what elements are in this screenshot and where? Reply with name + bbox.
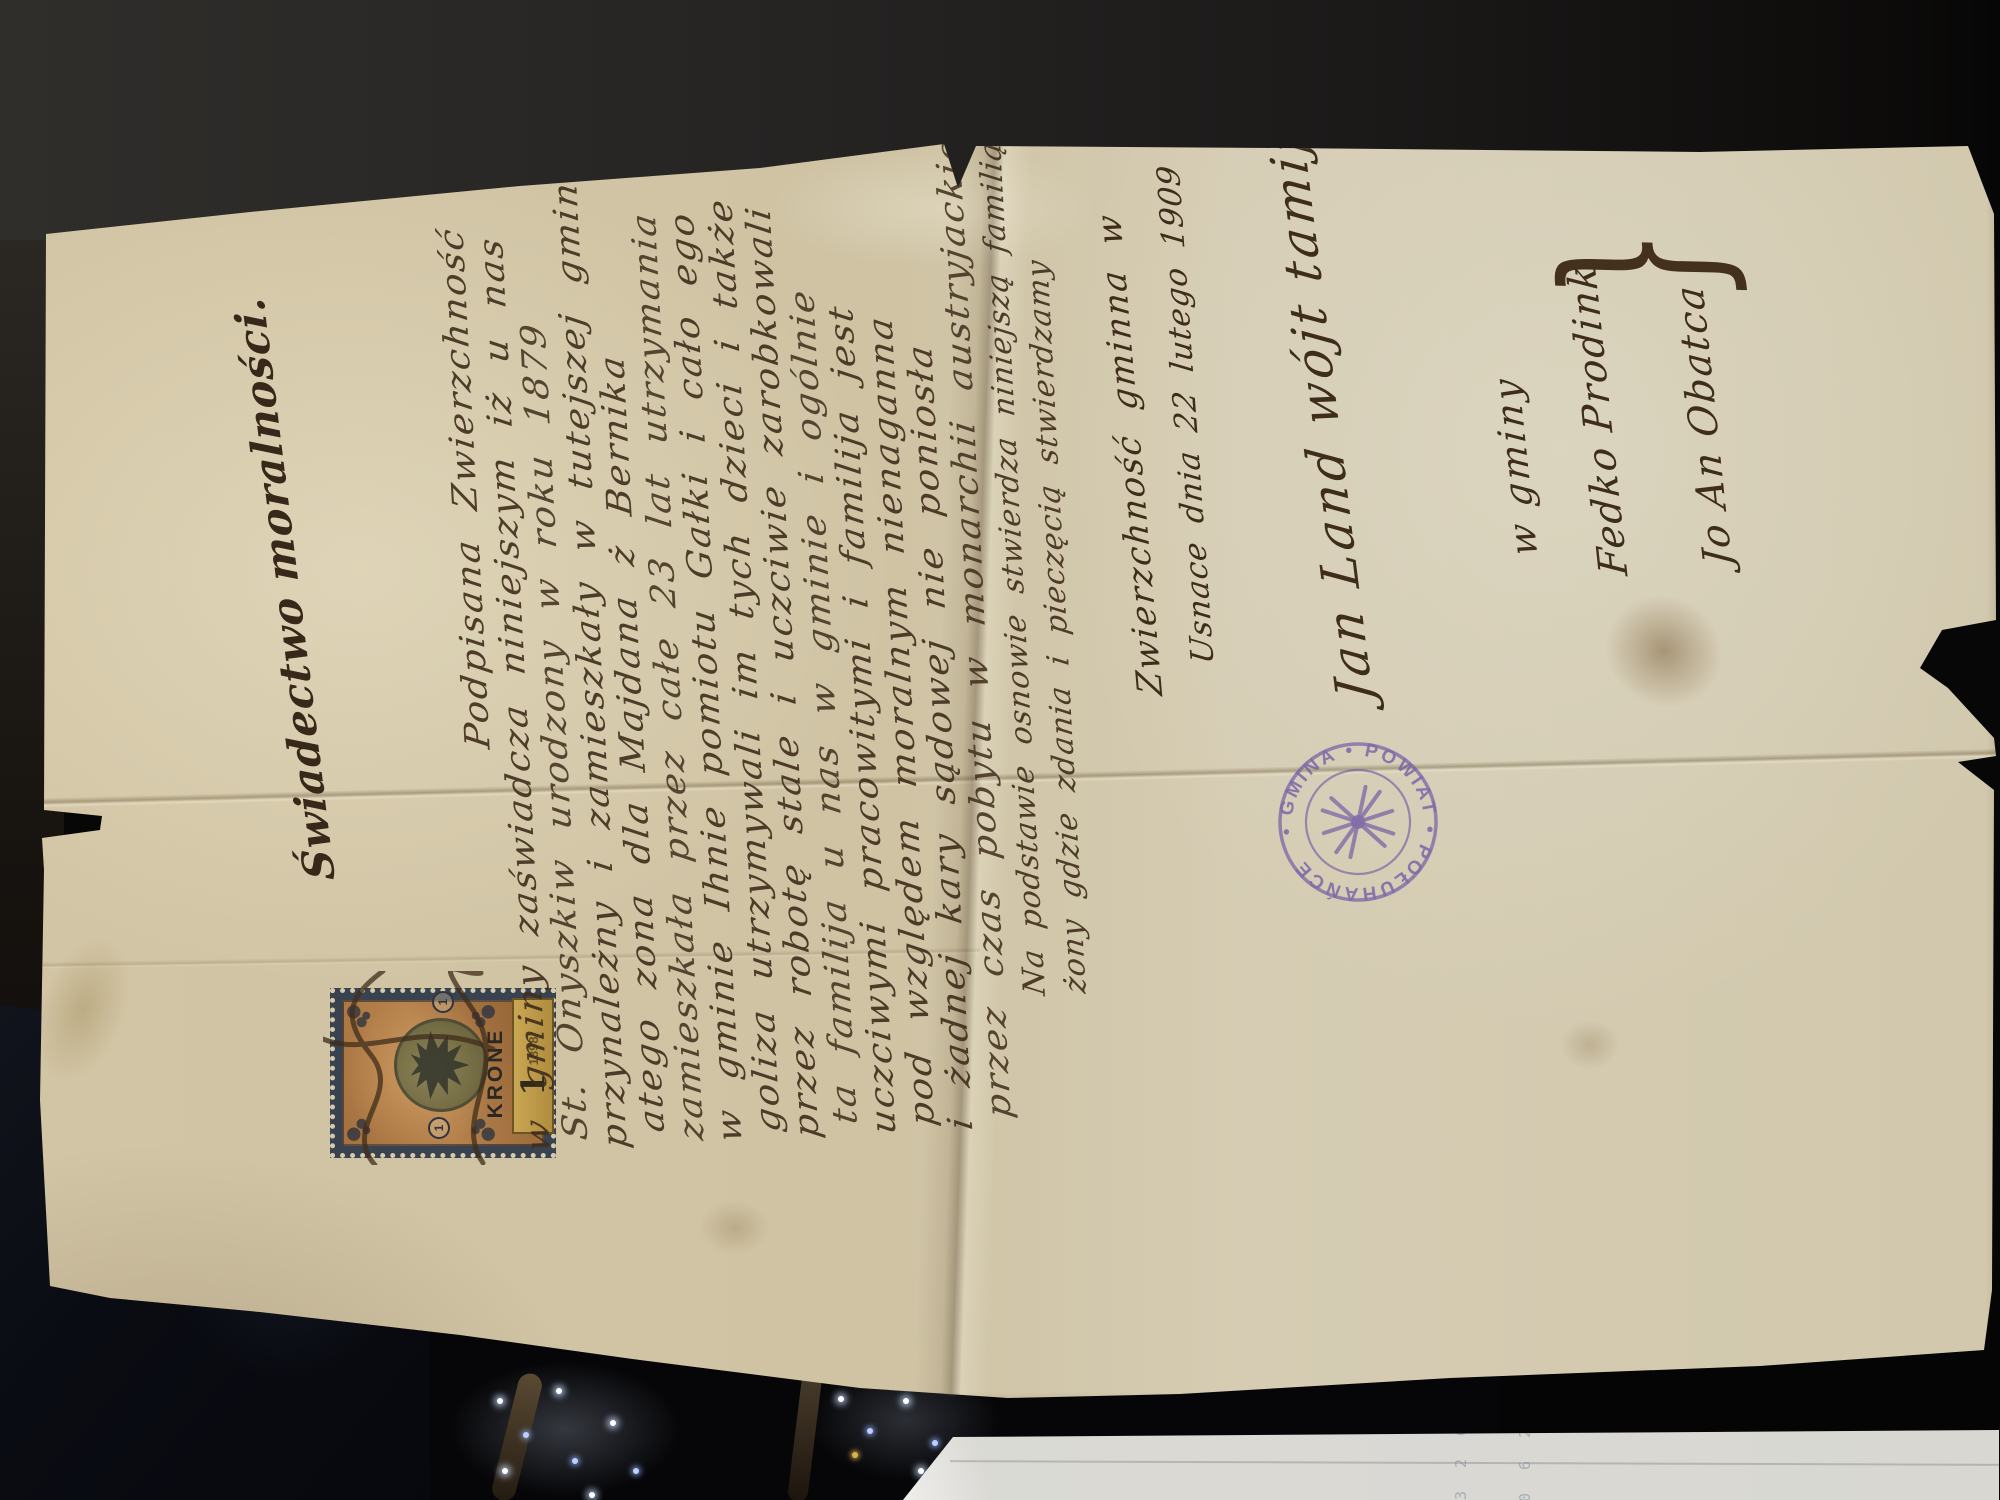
sparkle [589, 1492, 595, 1498]
sparkle [556, 1388, 562, 1394]
sparkle [633, 1468, 639, 1474]
sparkle [523, 1432, 529, 1438]
document-content: Świadectwo moralności. 1 1 KRONE 1 1898 [44, 144, 1994, 1396]
ink-smear [1585, 573, 1744, 728]
sparkle [502, 1468, 508, 1474]
receipt-faint-digits: 0 6 2 [1516, 1422, 1534, 1500]
sparkle [838, 1396, 844, 1402]
official-seal: • GMINA • POWIAT • POŁUHAŃCE [1247, 711, 1469, 933]
sparkle [610, 1420, 616, 1426]
document-title: Świadectwo moralności. [224, 296, 345, 880]
signature-wojt: Jan Land wójt tamij [1257, 131, 1386, 702]
old-document-paper: Świadectwo moralności. 1 1 KRONE 1 1898 [0, 0, 2000, 1500]
receipt-crease [950, 1460, 2000, 1466]
photo-of-document: { "doc": { "heading": "Świadectwo moraln… [0, 0, 2000, 1500]
body-paragraph: Podpisana Zwierzchnośćw gminy zaświadcza… [431, 200, 1018, 1158]
sparkle [903, 1398, 909, 1404]
sparkle [572, 1458, 578, 1464]
sparkle [932, 1440, 938, 1446]
sparkle [867, 1428, 873, 1434]
signature-brace: } [1515, 218, 1762, 314]
reflection-glow [450, 1362, 680, 1496]
gold-sparkle [852, 1452, 858, 1458]
signature-witness-2: Jo An Obatca [1667, 283, 1742, 567]
signature-gmina-line: w gminy [1484, 375, 1546, 557]
sparkle [497, 1398, 503, 1404]
sparkle [918, 1468, 924, 1474]
